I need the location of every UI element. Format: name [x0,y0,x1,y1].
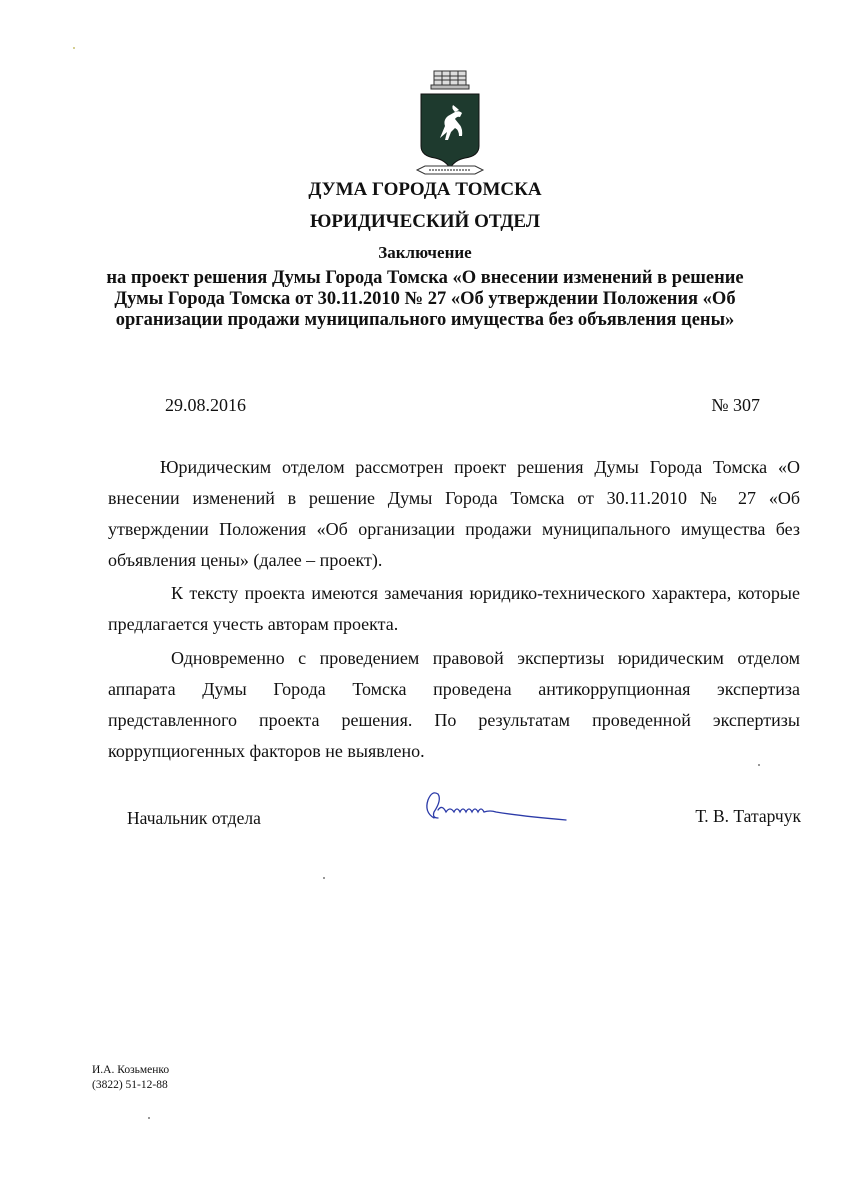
executor-info: И.А. Козьменко (3822) 51-12-88 [92,1063,169,1093]
executor-name: И.А. Козьменко [92,1063,169,1078]
scan-speck [323,877,325,879]
signatory-name: Т. В. Татарчук [695,806,801,827]
body-paragraph: Одновременно с проведением правовой эксп… [108,643,800,767]
subject-line: Думы Города Томска от 30.11.2010 № 27 «О… [0,289,850,310]
document-subject: на проект решения Думы Города Томска «О … [0,268,850,331]
subject-line: организации продажи муниципального имуще… [0,310,850,331]
signatory-position: Начальник отдела [127,808,261,829]
body-paragraph: К тексту проекта имеются замечания юриди… [108,578,800,640]
scan-speck [148,1117,150,1119]
document-date: 29.08.2016 [165,395,246,416]
document-number: № 307 [711,395,760,416]
body-paragraph: Юридическим отделом рассмотрен проект ре… [108,452,800,576]
scan-speck [73,47,75,49]
document-type: Заключение [0,243,850,263]
organization-name: ДУМА ГОРОДА ТОМСКА [0,179,850,201]
tomsk-coat-of-arms-icon [415,68,485,180]
executor-phone: (3822) 51-12-88 [92,1078,169,1093]
handwritten-signature-icon [420,788,570,828]
department-name: ЮРИДИЧЕСКИЙ ОТДЕЛ [0,211,850,233]
subject-line: на проект решения Думы Города Томска «О … [0,268,850,289]
scan-speck [758,764,760,766]
